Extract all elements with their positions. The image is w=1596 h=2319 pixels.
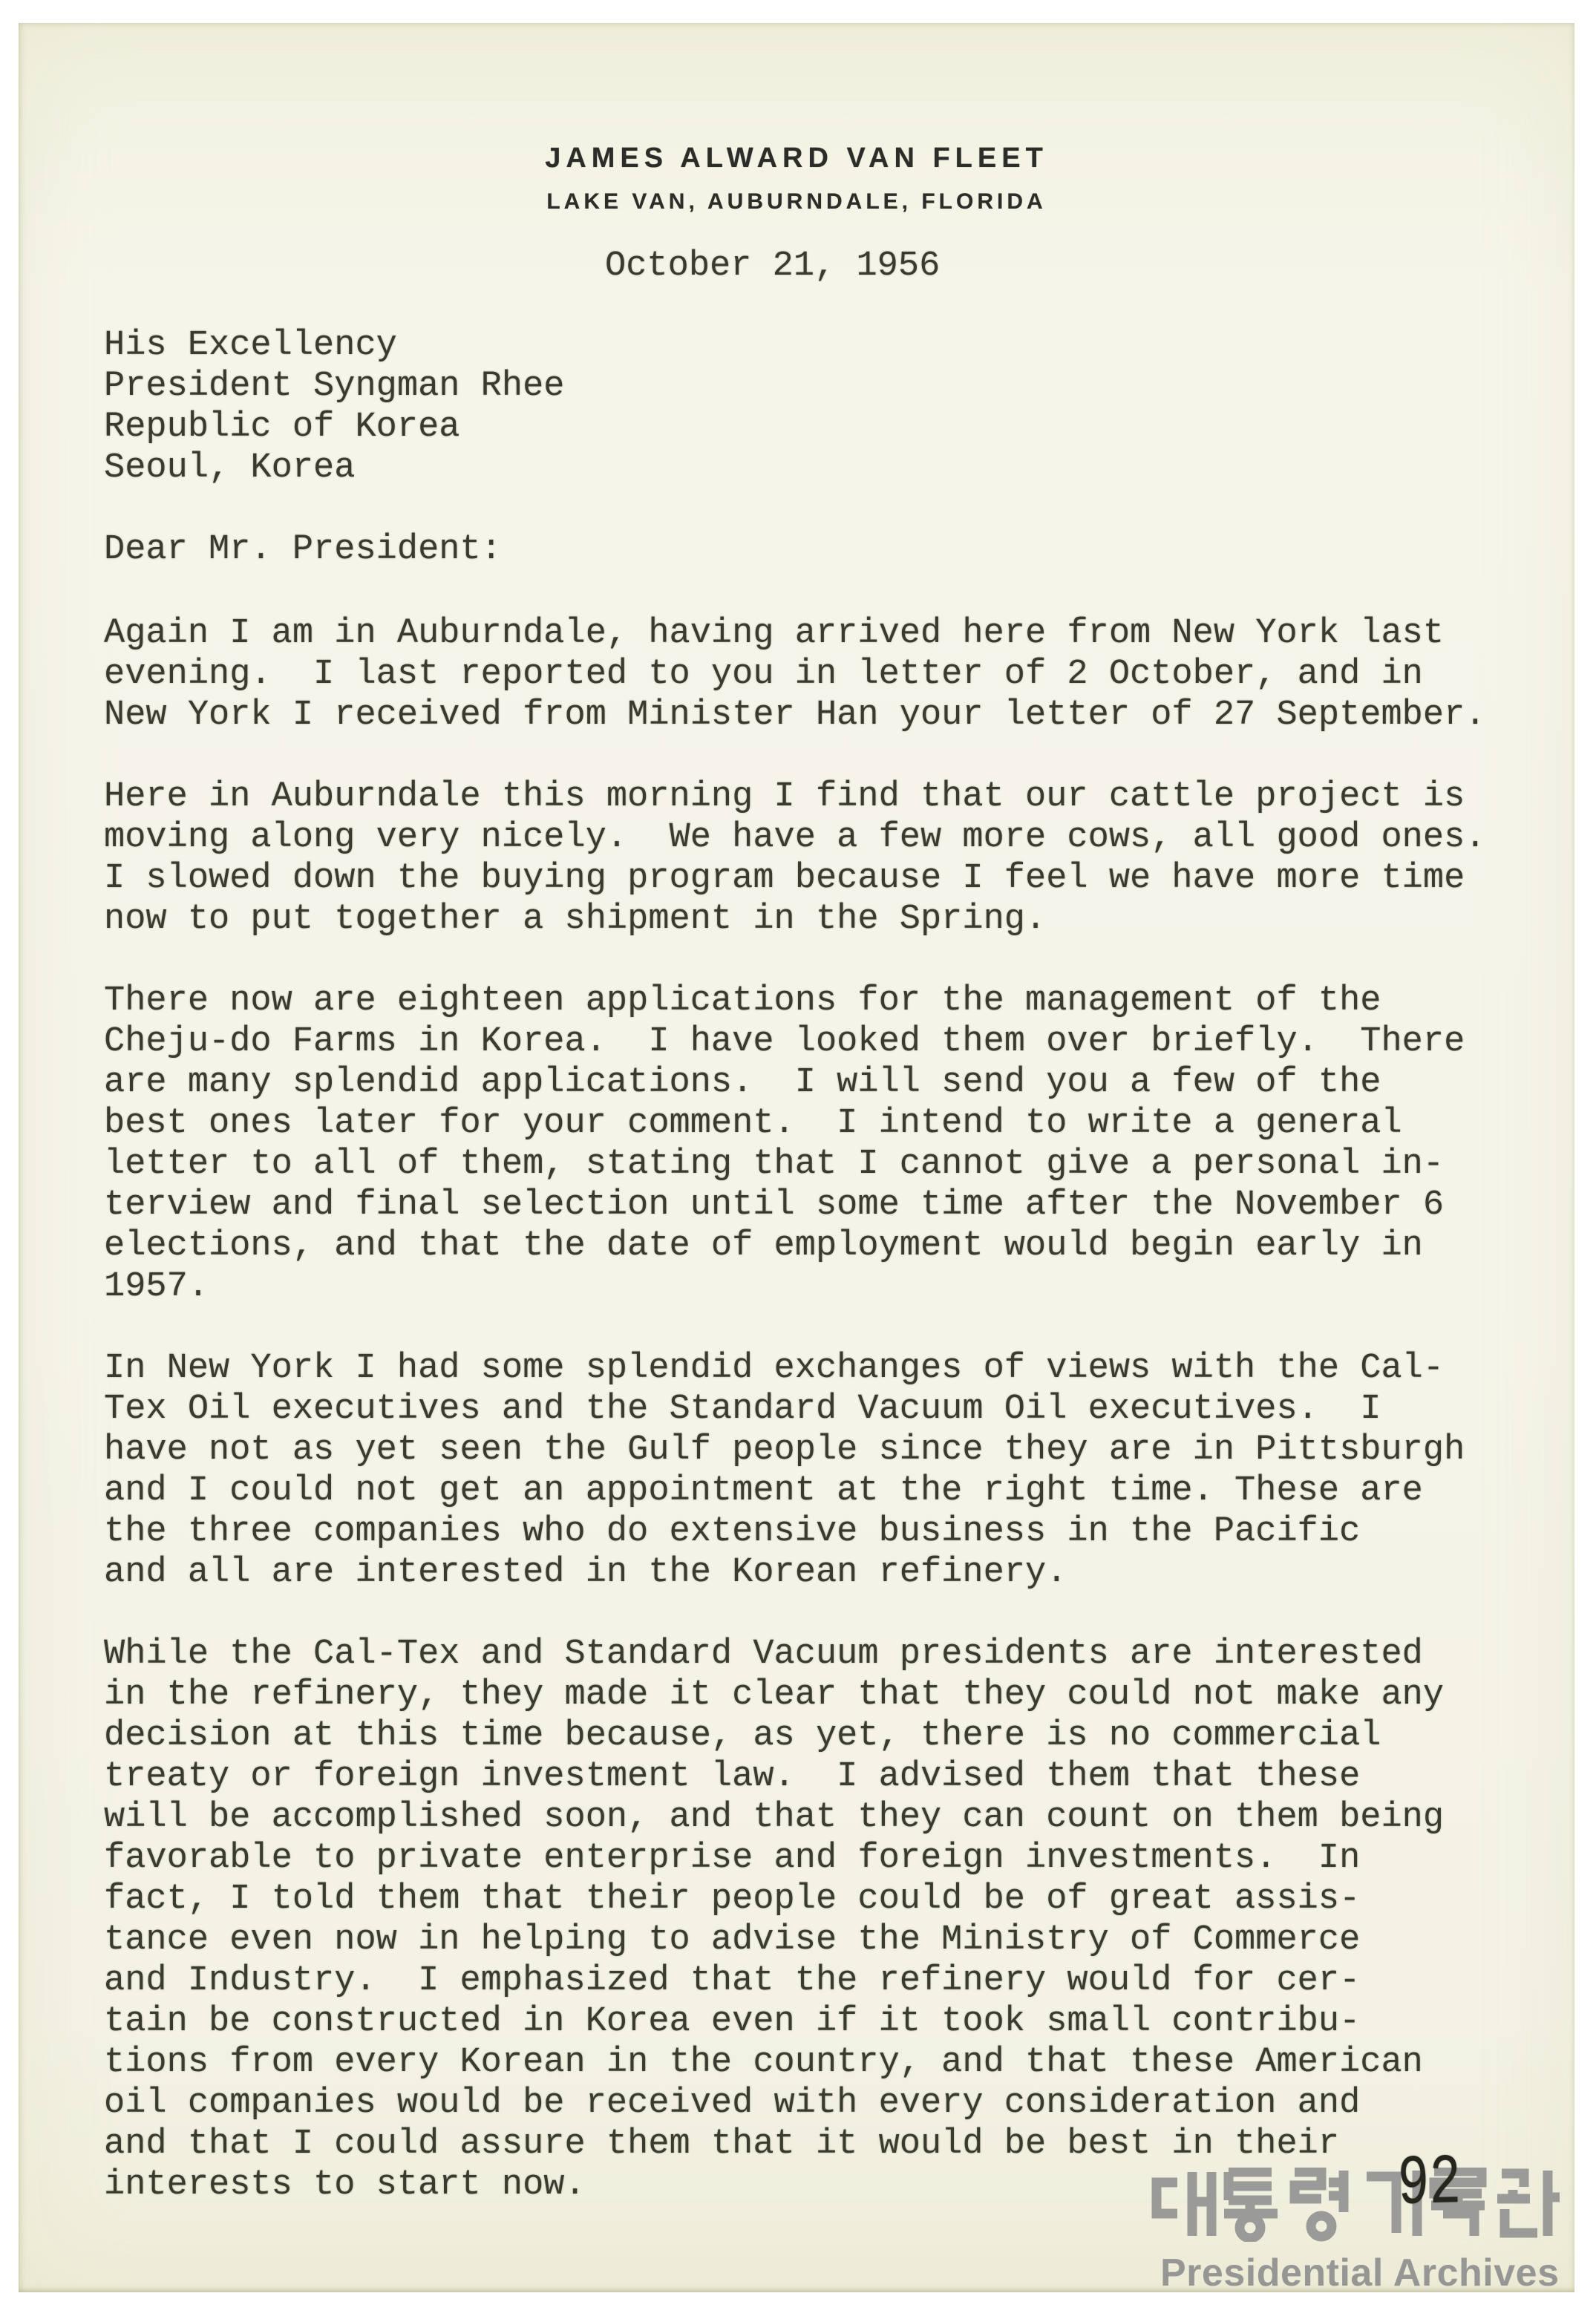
text-line: treaty or foreign investment law. I advi… xyxy=(104,1756,1530,1797)
text-line: Cheju-do Farms in Korea. I have looked t… xyxy=(104,1021,1530,1062)
text-line: New York I received from Minister Han yo… xyxy=(104,695,1530,736)
scanned-letter-canvas: JAMES ALWARD VAN FLEET LAKE VAN, AUBURND… xyxy=(0,0,1596,2319)
text-line: moving along very nicely. We have a few … xyxy=(104,817,1530,858)
text-line: have not as yet seen the Gulf people sin… xyxy=(104,1430,1530,1471)
body-paragraph: In New York I had some splendid exchange… xyxy=(104,1348,1530,1593)
text-line: tain be constructed in Korea even if it … xyxy=(104,2001,1530,2042)
text-line: best ones later for your comment. I inte… xyxy=(104,1103,1530,1144)
text-line: in the refinery, they made it clear that… xyxy=(104,1675,1530,1715)
body-paragraph: Again I am in Auburndale, having arrived… xyxy=(104,613,1530,736)
text-line: There now are eighteen applications for … xyxy=(104,981,1530,1021)
text-line: decision at this time because, as yet, t… xyxy=(104,1715,1530,1756)
text-line: President Syngman Rhee xyxy=(104,366,1530,407)
letterhead-name: JAMES ALWARD VAN FLEET xyxy=(19,143,1574,173)
text-line: Tex Oil executives and the Standard Vacu… xyxy=(104,1389,1530,1430)
body-paragraph: Here in Auburndale this morning I find t… xyxy=(104,776,1530,940)
text-line: evening. I last reported to you in lette… xyxy=(104,654,1530,695)
letter-date: October 21, 1956 xyxy=(605,246,1530,287)
letterhead-address: LAKE VAN, AUBURNDALE, FLORIDA xyxy=(19,189,1574,215)
text-line: will be accomplished soon, and that they… xyxy=(104,1797,1530,1838)
text-line: His Excellency xyxy=(104,325,1530,366)
body-paragraph: While the Cal-Tex and Standard Vacuum pr… xyxy=(104,1634,1530,2205)
salutation: Dear Mr. President: xyxy=(104,529,1530,570)
text-line: favorable to private enterprise and fore… xyxy=(104,1838,1530,1879)
text-line: elections, and that the date of employme… xyxy=(104,1226,1530,1266)
text-line: and Industry. I emphasized that the refi… xyxy=(104,1960,1530,2001)
watermark-english: Presidential Archives xyxy=(1160,2252,1559,2294)
text-line: fact, I told them that their people coul… xyxy=(104,1879,1530,1920)
page-number: 92 xyxy=(1397,2148,1462,2220)
text-line: Again I am in Auburndale, having arrived… xyxy=(104,613,1530,654)
text-line: In New York I had some splendid exchange… xyxy=(104,1348,1530,1389)
watermark-korean-glyphs xyxy=(1151,2168,1566,2242)
text-line: and that I could assure them that it wou… xyxy=(104,2124,1530,2165)
text-line: I slowed down the buying program because… xyxy=(104,858,1530,899)
text-line: terview and final selection until some t… xyxy=(104,1185,1530,1226)
text-line: While the Cal-Tex and Standard Vacuum pr… xyxy=(104,1634,1530,1675)
letterhead: JAMES ALWARD VAN FLEET LAKE VAN, AUBURND… xyxy=(19,143,1574,215)
text-line: Here in Auburndale this morning I find t… xyxy=(104,776,1530,817)
text-line: letter to all of them, stating that I ca… xyxy=(104,1144,1530,1185)
text-line: and all are interested in the Korean ref… xyxy=(104,1552,1530,1593)
text-line: now to put together a shipment in the Sp… xyxy=(104,899,1530,940)
text-line: and I could not get an appointment at th… xyxy=(104,1471,1530,1511)
text-line: are many splendid applications. I will s… xyxy=(104,1062,1530,1103)
body-paragraph: There now are eighteen applications for … xyxy=(104,981,1530,1307)
recipient-address-block: His ExcellencyPresident Syngman RheeRepu… xyxy=(104,325,1530,488)
letter-body: Again I am in Auburndale, having arrived… xyxy=(104,613,1530,2205)
text-line: Seoul, Korea xyxy=(104,448,1530,488)
text-line: tions from every Korean in the country, … xyxy=(104,2042,1530,2083)
text-line: 1957. xyxy=(104,1266,1530,1307)
text-line: oil companies would be received with eve… xyxy=(104,2083,1530,2124)
text-line: tance even now in helping to advise the … xyxy=(104,1920,1530,1960)
text-line: the three companies who do extensive bus… xyxy=(104,1511,1530,1552)
letter-page: JAMES ALWARD VAN FLEET LAKE VAN, AUBURND… xyxy=(19,23,1574,2292)
watermark-korean xyxy=(1151,2168,1566,2246)
text-line: Republic of Korea xyxy=(104,407,1530,448)
